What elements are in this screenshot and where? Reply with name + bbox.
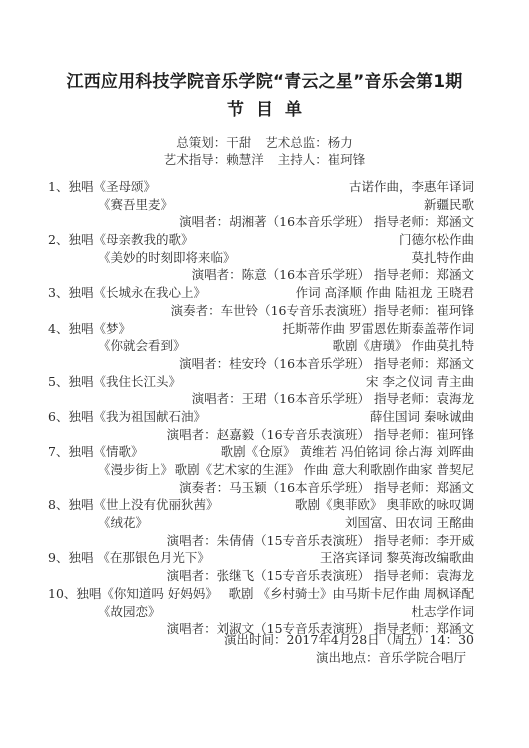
program-row: 《故园恋》杜志学作词 [48,603,474,621]
program-heading: 节目单 [0,95,529,120]
program-row-left: 8、独唱《世上没有优丽狄茜》 [48,496,218,514]
program-row-left: 2、独唱《母亲教我的歌》 [48,231,193,249]
program-row-left: 7、独唱《情歌》 [48,443,143,461]
program-row: 《漫步街上》歌剧《艺术家的生涯》 作曲 意大利歌剧作曲家 普契尼 [48,461,474,479]
program-row-left: 5、独唱《我住长江头》 [48,373,181,391]
art-director: 艺术总监：杨力 [265,135,353,150]
program-row-right: 演唱者：赵嘉毅（16专音乐表演班） 指导老师：崔珂锋 [167,426,474,444]
program-row: 2、独唱《母亲教我的歌》门德尔松作曲 [48,231,474,249]
program-row: 《绒花》刘国富、田农词 王酩曲 [48,514,474,532]
program-row-right: 歌剧《奥菲欧》 奥菲欧的咏叹调 [295,496,474,514]
program-row: 10、独唱《你知道吗 好妈妈》歌剧 《乡村骑士》由马斯卡尼作曲 周枫译配 [48,585,474,603]
program-row: 演唱者：桂安玲（16本音乐学班） 指导老师：郑涵文 [48,355,474,373]
program-row-right: 宋 李之仪词 青主曲 [366,373,474,391]
program-row-right: 演唱者：胡湘著（16本音乐学班） 指导老师：郑涵文 [179,213,474,231]
concert-title: 江西应用科技学院音乐学院“青云之星”音乐会第1期 [0,67,529,92]
program-row-right: 歌剧《艺术家的生涯》 作曲 意大利歌剧作曲家 普契尼 [175,461,474,479]
program-row: 9、独唱 《在那银色月光下》王洛宾译词 黎英海改编歌曲 [48,549,474,567]
program-row-right: 演唱者：朱倩倩（15专音乐表演班） 指导老师：李开威 [167,532,474,550]
program-row: 演唱者：王珺（16本音乐学班） 指导老师：袁海龙 [48,390,474,408]
program-row: 演唱者：朱倩倩（15专音乐表演班） 指导老师：李开威 [48,532,474,550]
program-row: 演奏者：马玉颖（16本音乐学班） 指导老师：郑涵文 [48,479,474,497]
program-row-right: 新疆民歌 [424,196,474,214]
program-row-right: 莫扎特作曲 [411,249,474,267]
program-row: 演唱者：胡湘著（16本音乐学班） 指导老师：郑涵文 [48,213,474,231]
chief-planner: 总策划：干甜 [176,135,251,150]
program-row: 3、独唱《长城永在我心上》作词 高泽顺 作曲 陆祖龙 王晓君 [48,284,474,302]
program-row: 8、独唱《世上没有优丽狄茜》歌剧《奥菲欧》 奥菲欧的咏叹调 [48,496,474,514]
program-row-right: 刘国富、田农词 王酩曲 [345,514,474,532]
program-row-left: 《故园恋》 [98,603,161,621]
performance-time: 演出时间：2017年4月28日（周五）14：30 [224,631,474,649]
performance-location: 演出地点：音乐学院合唱厅 [224,649,474,667]
program-row-right: 演唱者：张继飞（15专音乐表演班） 指导老师：袁海龙 [167,567,474,585]
program-row: 《美妙的时刻即将来临》莫扎特作曲 [48,249,474,267]
program-row: 《你就会看到》歌剧《唐璜》 作曲莫扎特 [48,337,474,355]
program-row-left: 《你就会看到》 [98,337,186,355]
program-row-left: 3、独唱《长城永在我心上》 [48,284,206,302]
program-row: 5、独唱《我住长江头》宋 李之仪词 青主曲 [48,373,474,391]
host: 主持人：崔珂锋 [278,152,366,167]
program-row: 演唱者：张继飞（15专音乐表演班） 指导老师：袁海龙 [48,567,474,585]
program-row: 6、独唱《我为祖国献石油》薛住国词 秦咏诚曲 [48,408,474,426]
program-row: 《赛吾里麦》新疆民歌 [48,196,474,214]
program-row-right: 薛住国词 秦咏诚曲 [370,408,474,426]
credits-line-1: 总策划：干甜艺术总监：杨力 [0,134,529,151]
program-row-right: 门德尔松作曲 [399,231,474,249]
program-row: 7、独唱《情歌》歌剧《仓原》 黄维若 冯伯铭词 徐占海 刘晖曲 [48,443,474,461]
credits-line-2: 艺术指导：赖慧洋主持人：崔珂锋 [0,151,529,168]
program-row-right: 演唱者：王珺（16本音乐学班） 指导老师：袁海龙 [192,390,474,408]
program-row-left: 《绒花》 [98,514,148,532]
program-row-left: 《赛吾里麦》 [98,196,173,214]
program-row-right: 王洛宾译词 黎英海改编歌曲 [320,549,474,567]
program-row-left: 10、独唱《你知道吗 好妈妈》 [48,585,218,603]
program-row: 演唱者：陈意（16本音乐学班） 指导老师：郑涵文 [48,266,474,284]
program-row-right: 歌剧《仓原》 黄维若 冯伯铭词 徐占海 刘晖曲 [221,443,474,461]
program-row-left: 9、独唱 《在那银色月光下》 [48,549,210,567]
event-info: 演出时间：2017年4月28日（周五）14：30 演出地点：音乐学院合唱厅 [224,631,474,666]
program-row-right: 作词 高泽顺 作曲 陆祖龙 王晓君 [296,284,474,302]
program-row-right: 演唱者：陈意（16本音乐学班） 指导老师：郑涵文 [192,266,474,284]
program-row: 演奏者：车世铃（16专音乐表演班）指导老师：崔珂锋 [48,302,474,320]
program-row-left: 《美妙的时刻即将来临》 [98,249,236,267]
program-row-right: 歌剧 《乡村骑士》由马斯卡尼作曲 周枫译配 [229,585,474,603]
program-row: 4、独唱《梦》托斯蒂作曲 罗雷恩佐斯泰盖蒂作词 [48,320,474,338]
program-row-right: 歌剧《唐璜》 作曲莫扎特 [333,337,474,355]
program-row-left: 《漫步街上》 [98,461,173,479]
program-row-left: 1、独唱《圣母颂》 [48,178,156,196]
program-row-right: 托斯蒂作曲 罗雷恩佐斯泰盖蒂作词 [283,320,474,338]
program-row-right: 古诺作曲，李惠年译词 [349,178,474,196]
program-row: 演唱者：赵嘉毅（16专音乐表演班） 指导老师：崔珂锋 [48,426,474,444]
program-row-right: 演奏者：车世铃（16专音乐表演班）指导老师：崔珂锋 [171,302,474,320]
program-row-right: 杜志学作词 [411,603,474,621]
program-row-right: 演奏者：马玉颖（16本音乐学班） 指导老师：郑涵文 [179,479,474,497]
program-row-left: 6、独唱《我为祖国献石油》 [48,408,206,426]
art-guidance: 艺术指导：赖慧洋 [164,152,264,167]
program-row: 1、独唱《圣母颂》古诺作曲，李惠年译词 [48,178,474,196]
credits-block: 总策划：干甜艺术总监：杨力 艺术指导：赖慧洋主持人：崔珂锋 [0,134,529,168]
program-row-left: 4、独唱《梦》 [48,320,131,338]
program-list: 1、独唱《圣母颂》古诺作曲，李惠年译词《赛吾里麦》新疆民歌演唱者：胡湘著（16本… [48,178,474,638]
program-row-right: 演唱者：桂安玲（16本音乐学班） 指导老师：郑涵文 [179,355,474,373]
